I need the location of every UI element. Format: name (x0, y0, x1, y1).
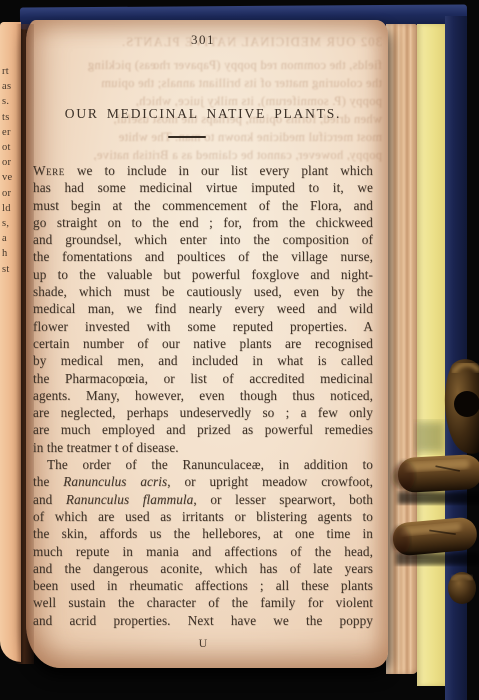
heading-divider-rule (168, 136, 206, 138)
text-line: flower invested with some reputed proper… (33, 318, 373, 335)
text-segment: up to the valuable but powerful foxglove… (33, 267, 373, 282)
book-page: 302 OUR MEDICINAL NATIVE PLANTS.fields, … (26, 20, 388, 668)
facing-page-edge: rtass.tserotorveorlds,ahst (0, 22, 21, 662)
inter-finger-shadow (398, 492, 479, 504)
book-photograph: rtass.tserotorveorlds,ahst 302 OUR MEDIC… (0, 0, 479, 700)
text-segment: by medical men, and included in what is … (33, 353, 373, 368)
text-line: up to the valuable but powerful foxglove… (33, 266, 373, 283)
text-segment: well sustain the character of the family… (33, 595, 373, 610)
text-line: by medical men, and included in what is … (33, 352, 373, 369)
text-segment: medical man, we find nearly every weed a… (33, 301, 373, 316)
facing-page-text-fragment: or (2, 188, 11, 199)
text-segment: much repute in mania and affections of t… (33, 544, 373, 559)
bronze-hand-sculpture (390, 350, 479, 610)
text-line: must begin at the commencement of the Fl… (33, 197, 373, 214)
text-line: and the dangerous aconite, which has of … (33, 560, 373, 577)
text-line: has had some medicinal virtue imputed to… (33, 179, 373, 196)
text-segment: the fomentations and poultices of the vi… (33, 249, 373, 264)
text-segment: must begin at the commencement of the Fl… (33, 198, 373, 213)
curled-finger-hole (454, 391, 479, 417)
text-line: Were we to include in our list every pla… (33, 162, 373, 179)
text-segment: and (33, 492, 66, 507)
text-segment: agents. Many, however, even though thus … (33, 388, 373, 403)
text-line: the skin, affords us the hellebores, at … (33, 525, 373, 542)
ghost-text-line: fields, the common red poppy (Papaver rh… (32, 58, 382, 73)
text-line: medical man, we find nearly every weed a… (33, 300, 373, 317)
text-segment: and groundsel, which enter into the comp… (33, 232, 373, 247)
text-line: much repute in mania and affections of t… (33, 543, 373, 560)
text-segment: the (33, 474, 63, 489)
text-segment: go straight on to the end ; for, from th… (33, 215, 373, 230)
text-segment: certain number of our native plants are … (33, 336, 373, 351)
text-segment: we to include in our list every plant wh… (65, 163, 373, 178)
text-line: The order of the Ranunculaceæ, in additi… (33, 456, 373, 473)
text-segment: in the treatmer t of disease. (33, 440, 179, 455)
text-line: been used in rheumatic affections ; all … (33, 577, 373, 594)
text-line: and Ranunculus flammula, or lesser spear… (33, 491, 373, 508)
signature-mark: U (33, 636, 373, 651)
text-segment: of which are used as irritants or bliste… (33, 509, 373, 524)
ghost-text-line: poppy, however, cannot be claimed as a B… (32, 148, 382, 163)
facing-page-text-fragment: er (2, 127, 11, 138)
facing-page-text-fragment: s. (2, 96, 9, 107)
text-line: and groundsel, which enter into the comp… (33, 231, 373, 248)
text-line: certain number of our native plants are … (33, 335, 373, 352)
facing-page-text-fragment: s, (2, 218, 9, 229)
text-line: the Pharmacopœia, or list of accredited … (33, 370, 373, 387)
text-line: agents. Many, however, even though thus … (33, 387, 373, 404)
text-segment: are much employed and prized as powerful… (33, 422, 373, 437)
text-segment: shade, which must be cautiously used, ev… (33, 284, 373, 299)
finger-shadow-on-endpaper (416, 422, 444, 452)
text-line: the Ranunculus acris, or upright meadow … (33, 473, 373, 490)
text-line: are neglected, perhaps undeservedly so ;… (33, 404, 373, 421)
facing-page-text-fragment: ld (2, 203, 11, 214)
text-line: are much employed and prized as powerful… (33, 421, 373, 438)
text-line: of which are used as irritants or bliste… (33, 508, 373, 525)
facing-page-text-fragment: as (2, 81, 11, 92)
facing-page-text-fragment: ot (2, 142, 11, 153)
facing-page-text-fragment: or (2, 157, 11, 168)
text-segment: are neglected, perhaps undeservedly so ;… (33, 405, 373, 420)
facing-page-text-fragment: h (2, 248, 8, 259)
italic-text-segment: Ranunculus acris (63, 474, 167, 489)
text-line: go straight on to the end ; for, from th… (33, 214, 373, 231)
text-line: the fomentations and poultices of the vi… (33, 248, 373, 265)
body-text: Were we to include in our list every pla… (33, 162, 373, 629)
facing-page-text-fragment: ve (2, 172, 13, 183)
text-segment: and acrid properties. Next have we the p… (33, 613, 373, 628)
inter-finger-shadow (396, 553, 479, 565)
facing-page-text-fragment: rt (2, 66, 9, 77)
text-line: and acrid properties. Next have we the p… (33, 612, 373, 629)
text-segment: The order of the Ranunculaceæ, in additi… (47, 457, 373, 472)
text-segment: , or upright meadow crowfoot, (167, 474, 373, 489)
facing-page-text-fragment: st (2, 264, 10, 275)
text-line: well sustain the character of the family… (33, 594, 373, 611)
text-segment: flower invested with some reputed proper… (33, 319, 373, 334)
chapter-heading: OUR MEDICINAL NATIVE PLANTS. (33, 106, 373, 122)
ghost-text-line: the colouring matter of its brilliant an… (32, 76, 382, 91)
text-segment: the Pharmacopœia, or list of accredited … (33, 371, 373, 386)
text-line: shade, which must be cautiously used, ev… (33, 283, 373, 300)
facing-page-text-fragment: ts (2, 112, 10, 123)
text-segment: and the dangerous aconite, which has of … (33, 561, 373, 576)
text-segment: , or lesser spearwort, both (193, 492, 373, 507)
text-segment: the skin, affords us the hellebores, at … (33, 526, 373, 541)
text-segment: Were (33, 163, 65, 178)
text-segment: been used in rheumatic affections ; all … (33, 578, 373, 593)
ghost-text-line: most merciful medicine known to man. The… (32, 130, 382, 145)
italic-text-segment: Ranunculus flammula (66, 492, 193, 507)
facing-page-text-fragment: a (2, 233, 7, 244)
text-line: in the treatmer t of disease. (33, 439, 373, 456)
text-segment: has had some medicinal virtue imputed to… (33, 180, 373, 195)
page-number: 301 (33, 32, 373, 48)
